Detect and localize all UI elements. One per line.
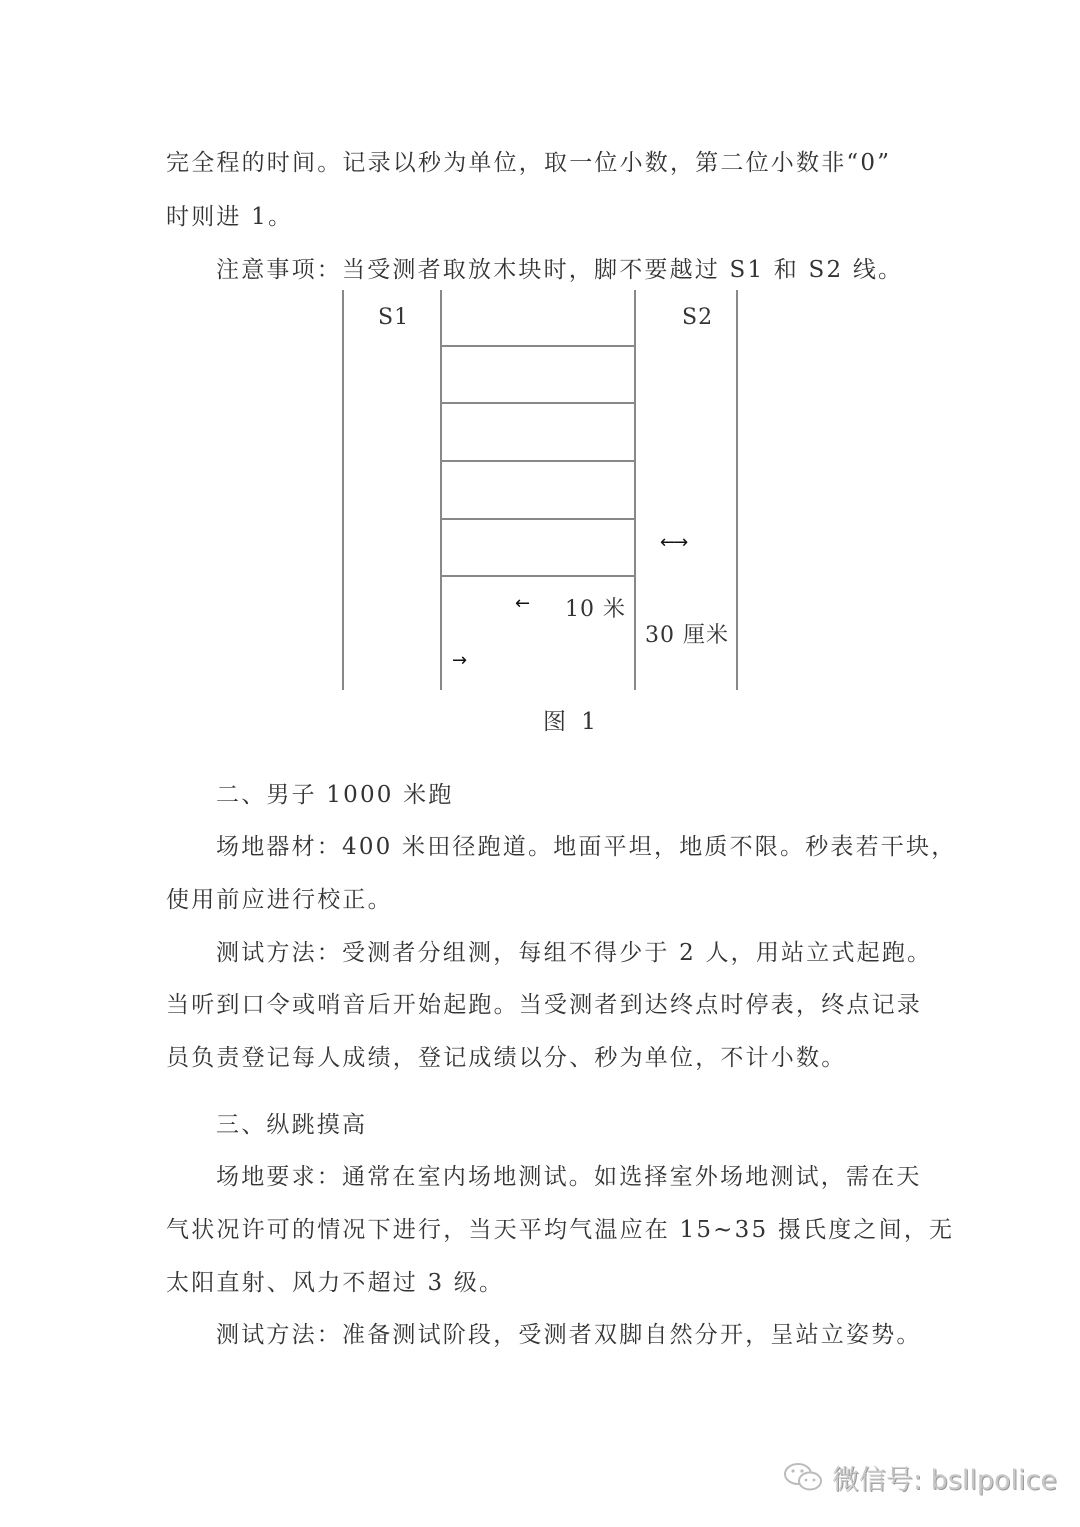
wechat-watermark: 微信号: bsllpolice [782, 1458, 1057, 1497]
label-width: 30 厘米 [645, 618, 729, 649]
wechat-icon [782, 1461, 826, 1495]
text-line: 测试方法：准备测试阶段，受测者双脚自然分开，呈站立姿势。 [216, 1320, 922, 1350]
watermark-text: 微信号: bsllpolice [832, 1458, 1057, 1497]
text-line: 气状况许可的情况下进行，当天平均气温应在 15~35 摄氏度之间，无 [166, 1215, 954, 1245]
figure-caption: 图 1 [543, 703, 600, 736]
block-line [440, 402, 636, 404]
text-line: 时则进 1。 [166, 202, 293, 232]
block-line [440, 460, 636, 462]
text-line-notice: 注意事项：当受测者取放木块时，脚不要越过 S1 和 S2 线。 [216, 255, 903, 285]
text-line: 测试方法：受测者分组测，每组不得少于 2 人，用站立式起跑。 [216, 938, 932, 968]
label-s1: S1 [378, 305, 409, 330]
text-line: 场地器材：400 米田径跑道。地面平坦，地质不限。秒表若干块， [216, 832, 956, 862]
block-line [440, 575, 636, 577]
section-heading: 三、纵跳摸高 [216, 1110, 367, 1140]
text-line: 太阳直射、风力不超过 3 级。 [166, 1268, 504, 1298]
label-distance: 10 米 [565, 592, 626, 623]
line-s1 [440, 290, 442, 690]
text-line: 使用前应进行校正。 [166, 885, 393, 915]
label-s2: S2 [682, 305, 713, 330]
text-line: 场地要求：通常在室内场地测试。如选择室外场地测试，需在天 [216, 1162, 922, 1192]
boundary-line-right [736, 290, 738, 690]
block-line [440, 518, 636, 520]
double-arrow-icon: ←→ [660, 534, 686, 552]
text-line: 当听到口令或哨音后开始起跑。当受测者到达终点时停表，终点记录 [166, 990, 922, 1020]
left-arrow-icon: ← [515, 595, 530, 613]
line-s2 [634, 290, 636, 690]
block-line [440, 345, 636, 347]
text-line: 员负责登记每人成绩，登记成绩以分、秒为单位，不计小数。 [166, 1043, 846, 1073]
boundary-line-left [342, 290, 344, 690]
section-heading: 二、男子 1000 米跑 [216, 780, 454, 810]
text-line: 完全程的时间。记录以秒为单位，取一位小数，第二位小数非“0” [166, 148, 891, 178]
right-arrow-icon: → [452, 652, 467, 670]
figure-1-diagram: S1 S2 ←→ ← 10 米 30 厘米 → [0, 0, 1080, 760]
